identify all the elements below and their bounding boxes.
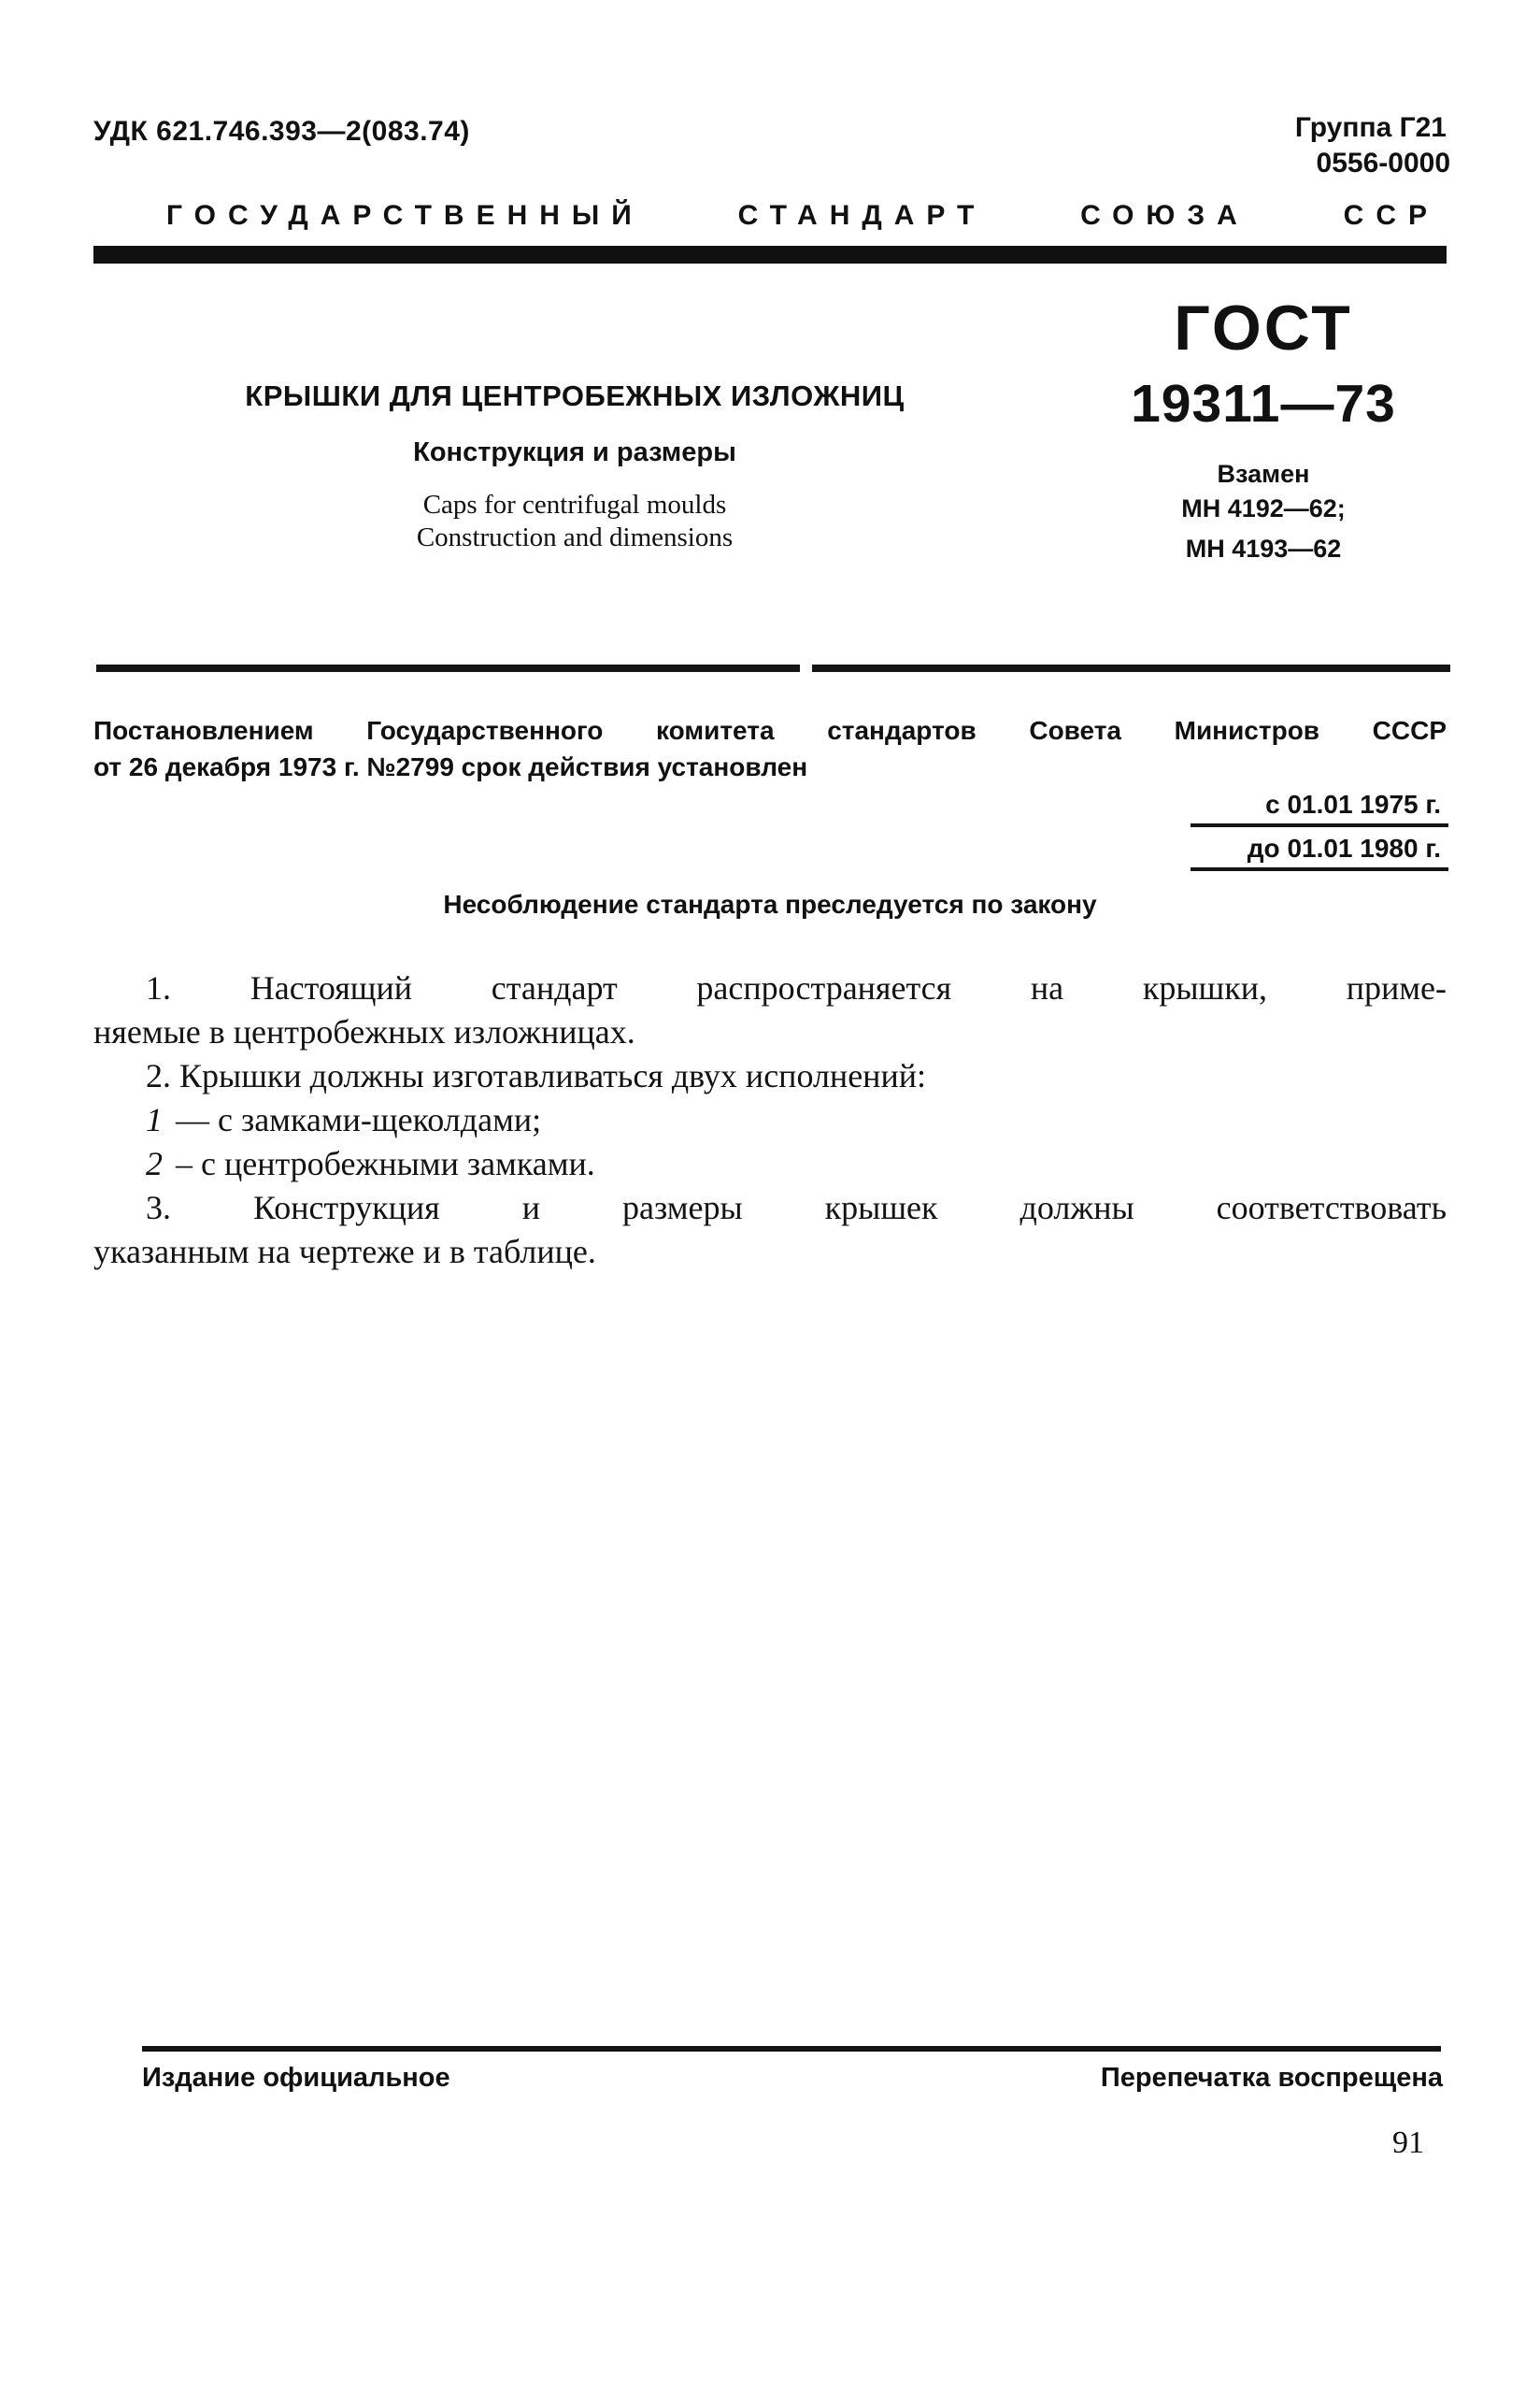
banner-word: СТАНДАРТ: [738, 200, 987, 232]
okp-code: 0556-0000: [1317, 148, 1450, 179]
replaces-item-1: МН 4192—62;: [1091, 489, 1435, 529]
validity-to: до 01.01 1980 г.: [1191, 834, 1448, 871]
section-divider-left: [96, 665, 800, 672]
list-item-2-number: 2: [146, 1145, 163, 1182]
gost-number: 19311—73: [1091, 376, 1435, 432]
document-title: КРЫШКИ ДЛЯ ЦЕНТРОБЕЖНЫХ ИЗЛОЖНИЦ: [201, 379, 948, 413]
body-line-2: няемые в центробежных изложницах.: [93, 1010, 1447, 1054]
validity-dates: с 01.01 1975 г. до 01.01 1980 г.: [1191, 790, 1448, 878]
gost-label: ГОСТ: [1091, 295, 1435, 361]
document-page: УДК 621.746.393—2(083.74) Группа Г21 055…: [0, 0, 1540, 2389]
banner-word: ГОСУДАРСТВЕННЫЙ: [166, 200, 644, 232]
replaces-item-2: МН 4193—62: [1091, 529, 1435, 569]
body-text: 1. Настоящий стандарт распространяется н…: [93, 966, 1447, 1274]
edition-note: Издание официальное: [142, 2063, 450, 2094]
decree-line-2: от 26 декабря 1973 г. №2799 срок действи…: [93, 749, 1447, 785]
document-title-english: Caps for centrifugal moulds Construction…: [201, 489, 948, 554]
section-divider-right: [812, 665, 1450, 672]
decree-paragraph: Постановлением Государственного комитета…: [93, 712, 1447, 785]
body-list-item-2: 2– с центробежными замками.: [93, 1142, 1447, 1186]
group-label: Группа Г21: [1295, 112, 1447, 144]
body-line-7: указанным на чертеже и в таблице.: [93, 1230, 1447, 1274]
banner-word: ССР: [1344, 200, 1439, 232]
reprint-prohibition-note: Перепечатка воспрещена: [1101, 2063, 1443, 2094]
list-item-2-text: – с центробежными замками.: [176, 1145, 595, 1182]
state-standard-banner: ГОСУДАРСТВЕННЫЙ СТАНДАРТ СОЮЗА ССР: [166, 200, 1439, 232]
list-item-1-text: — с замками-щеколдами;: [176, 1101, 541, 1138]
replaces-label: Взамен: [1091, 460, 1435, 489]
footer-rule: [142, 2046, 1441, 2052]
standard-designation-block: ГОСТ 19311—73 Взамен МН 4192—62; МН 4193…: [1091, 295, 1435, 569]
validity-from: с 01.01 1975 г.: [1191, 790, 1448, 827]
body-line-3: 2. Крышки должны изготавливаться двух ис…: [93, 1054, 1447, 1098]
page-number: 91: [1392, 2125, 1424, 2161]
document-subtitle: Конструкция и размеры: [201, 437, 948, 468]
header-bar: [93, 246, 1447, 264]
udk-classification: УДК 621.746.393—2(083.74): [93, 116, 470, 148]
body-list-item-1: 1— с замками-щеколдами;: [93, 1098, 1447, 1142]
list-item-1-number: 1: [146, 1101, 163, 1138]
enforcement-notice: Несоблюдение стандарта преследуется по з…: [93, 890, 1447, 920]
decree-line-1: Постановлением Государственного комитета…: [93, 712, 1447, 749]
title-english-line-1: Caps for centrifugal moulds: [201, 489, 948, 522]
title-english-line-2: Construction and dimensions: [201, 522, 948, 554]
body-line-6: 3. Конструкция и размеры крышек должны с…: [93, 1186, 1447, 1230]
title-block: КРЫШКИ ДЛЯ ЦЕНТРОБЕЖНЫХ ИЗЛОЖНИЦ Констру…: [201, 379, 948, 554]
banner-word: СОЮЗА: [1080, 200, 1249, 232]
body-line-1: 1. Настоящий стандарт распространяется н…: [93, 966, 1447, 1010]
